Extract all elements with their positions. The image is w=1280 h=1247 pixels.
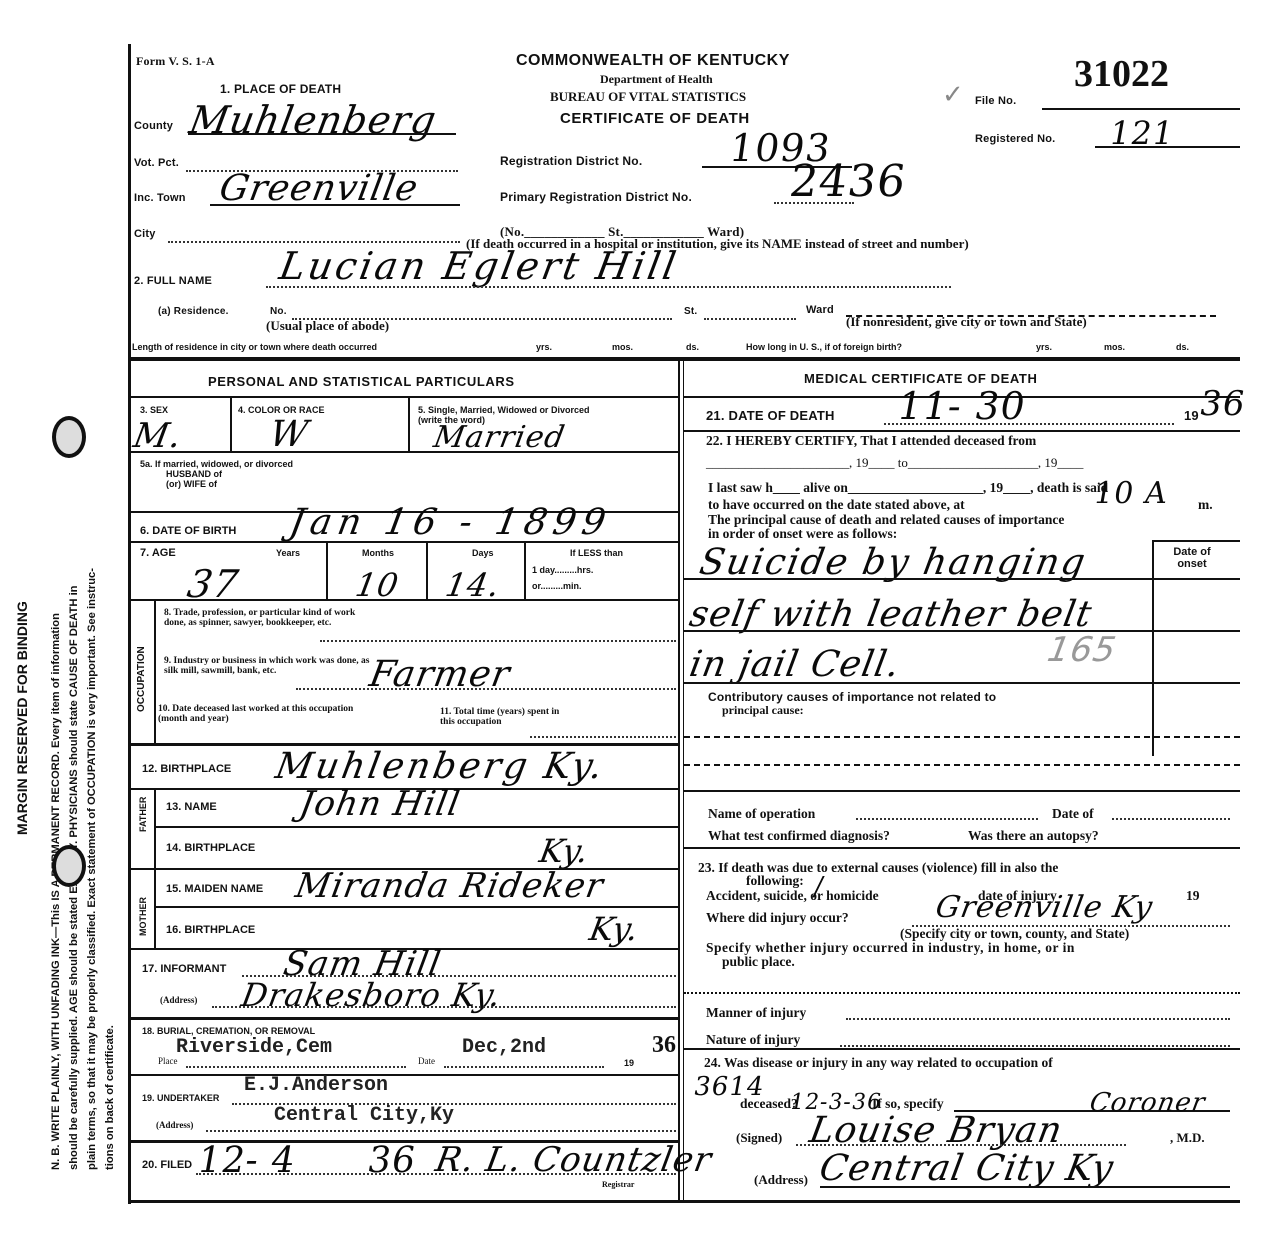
father-birthplace-label: 14. BIRTHPLACE bbox=[166, 843, 255, 853]
physician-address-value: Central City Ky bbox=[816, 1148, 1117, 1189]
undertaker-address-line bbox=[206, 1130, 676, 1132]
operation-date-label: Date of bbox=[1052, 806, 1094, 822]
city-label: City bbox=[134, 228, 156, 240]
residence-label: (a) Residence. bbox=[158, 306, 229, 317]
rule bbox=[130, 599, 678, 601]
place-of-death-heading: 1. PLACE OF DEATH bbox=[220, 82, 341, 96]
bureau-name: BUREAU OF VITAL STATISTICS bbox=[550, 89, 746, 105]
rule bbox=[154, 599, 156, 743]
reg-district-label: Registration District No. bbox=[500, 154, 642, 168]
race-value: W bbox=[266, 414, 311, 455]
burial-place-line bbox=[186, 1066, 406, 1068]
rule bbox=[524, 541, 526, 599]
primary-reg-district-label: Primary Registration District No. bbox=[500, 190, 692, 204]
length-yrs-label: yrs. bbox=[536, 342, 552, 352]
father-name-label: 13. NAME bbox=[166, 802, 217, 812]
abode-note: (Usual place of abode) bbox=[266, 318, 389, 334]
rule bbox=[408, 396, 410, 451]
filed-label: 20. FILED bbox=[142, 1160, 192, 1170]
mother-name-value: Miranda Rideker bbox=[292, 866, 606, 906]
burial-date-value: Dec,2nd bbox=[462, 1036, 546, 1059]
last-saw-line: I last saw h____ alive on_______________… bbox=[708, 480, 1108, 496]
injury-year-prefix: 19 bbox=[1186, 888, 1200, 904]
registered-no-line bbox=[1095, 146, 1240, 148]
operation-label: Name of operation bbox=[708, 806, 815, 822]
rule bbox=[684, 992, 1240, 994]
physician-address-label: (Address) bbox=[754, 1172, 808, 1188]
trade-label: 8. Trade, profession, or particular kind… bbox=[164, 608, 374, 628]
father-birthplace-value: Ky. bbox=[537, 832, 593, 870]
rule bbox=[684, 790, 1240, 792]
occupation-side-label: OCCUPATION bbox=[136, 646, 147, 712]
industry-label: 9. Industry or business in which work wa… bbox=[164, 656, 374, 676]
instruction-line-3: plain terms, so that it may be properly … bbox=[86, 568, 98, 1170]
date-of-death-value: 11- 30 bbox=[894, 384, 1029, 428]
rule bbox=[230, 396, 232, 451]
where-injury-value: Greenville Ky bbox=[933, 890, 1156, 925]
file-number: 31022 bbox=[1074, 52, 1169, 96]
foreign-yrs-label: yrs. bbox=[1036, 342, 1052, 352]
residence-no-label: No. bbox=[270, 306, 287, 317]
father-name-value: John Hill bbox=[296, 784, 463, 824]
mother-side-label: MOTHER bbox=[138, 897, 148, 936]
cause-line-1: Suicide by hanging bbox=[696, 542, 1090, 583]
file-no-line bbox=[1042, 108, 1240, 110]
primary-reg-district-line bbox=[774, 202, 854, 204]
death-year-value: 36 bbox=[1196, 384, 1248, 424]
rule bbox=[684, 736, 1240, 738]
rule bbox=[684, 430, 1240, 432]
manner-injury-label: Manner of injury bbox=[706, 1005, 806, 1021]
personal-heading: PERSONAL AND STATISTICAL PARTICULARS bbox=[208, 374, 515, 389]
rule bbox=[130, 451, 678, 453]
less-than-min: or.........min. bbox=[532, 581, 582, 591]
cause-line-3: in jail Cell. bbox=[686, 644, 903, 685]
full-name-line bbox=[266, 286, 951, 288]
county-value: Muhlenberg bbox=[186, 98, 440, 142]
dob-label: 6. DATE OF BIRTH bbox=[140, 526, 236, 536]
department-name: Department of Health bbox=[600, 72, 713, 87]
residence-st-line bbox=[704, 318, 796, 320]
coroner-note: Coroner bbox=[1087, 1088, 1207, 1118]
form-border-bottom bbox=[128, 1200, 1240, 1203]
rule bbox=[130, 541, 678, 543]
physician-address-line bbox=[820, 1186, 1230, 1188]
full-name-label: 2. FULL NAME bbox=[134, 275, 212, 287]
manner-injury-line bbox=[846, 1018, 1230, 1020]
inc-town-label: Inc. Town bbox=[134, 192, 186, 204]
registrar-label: Registrar bbox=[602, 1180, 634, 1190]
column-divider-inner bbox=[683, 360, 684, 1200]
nonresident-note: (If nonresident, give city or town and S… bbox=[846, 314, 1087, 330]
punch-hole-top bbox=[52, 416, 86, 458]
rule bbox=[130, 1017, 678, 1020]
undertaker-label: 19. UNDERTAKER bbox=[142, 1093, 219, 1103]
inc-town-line bbox=[210, 204, 460, 206]
date-of-death-line bbox=[884, 423, 1174, 425]
binding-margin-note: MARGIN RESERVED FOR BINDING bbox=[14, 601, 30, 835]
foreign-ds-label: ds. bbox=[1176, 342, 1189, 352]
full-name-value: Lucian Eglert Hill bbox=[276, 244, 682, 288]
burial-place-label: Place bbox=[158, 1056, 178, 1066]
length-mos-label: mos. bbox=[612, 342, 633, 352]
residence-ward-label: Ward bbox=[806, 304, 834, 316]
md-label: , M.D. bbox=[1170, 1130, 1205, 1146]
rule bbox=[326, 541, 328, 599]
contributory-label-2: principal cause: bbox=[722, 703, 804, 718]
inc-town-value: Greenville bbox=[216, 168, 421, 209]
father-side-label: FATHER bbox=[138, 797, 148, 832]
less-than-hrs: 1 day.........hrs. bbox=[532, 565, 593, 575]
file-no-label: File No. bbox=[975, 95, 1016, 107]
length-residence-label: Length of residence in city or town wher… bbox=[132, 342, 377, 352]
rule bbox=[1152, 540, 1240, 542]
informant-label: 17. INFORMANT bbox=[142, 964, 226, 974]
spouse-label-2: HUSBAND of bbox=[166, 469, 222, 479]
burial-place-value: Riverside,Cem bbox=[176, 1036, 332, 1059]
cause-line-2: self with leather belt bbox=[686, 594, 1095, 635]
sex-value: M. bbox=[130, 416, 185, 456]
date-of-onset-label: Date of onset bbox=[1162, 546, 1222, 570]
accident-suicide-label: Accident, suicide, or homicide bbox=[706, 888, 879, 904]
sex-label: 3. SEX bbox=[140, 405, 168, 415]
specify-whether-line-2: public place. bbox=[722, 954, 795, 970]
length-ds-label: ds. bbox=[686, 342, 699, 352]
attended-from-to: ______________________, 19____ to_______… bbox=[706, 455, 1083, 471]
operation-line bbox=[856, 818, 1038, 820]
spouse-label-1: 5a. If married, widowed, or divorced bbox=[140, 459, 293, 469]
birthplace-label: 12. BIRTHPLACE bbox=[142, 764, 231, 774]
rule bbox=[684, 1048, 1240, 1050]
residence-st-label: St. bbox=[684, 306, 697, 317]
state-title: COMMONWEALTH OF KENTUCKY bbox=[516, 52, 790, 70]
contributory-label-1: Contributory causes of importance not re… bbox=[708, 690, 996, 704]
punch-hole-bottom bbox=[52, 845, 86, 887]
informant-address-line bbox=[212, 1006, 676, 1008]
primary-reg-district-value: 2436 bbox=[786, 156, 909, 207]
undertaker-value: E.J.Anderson bbox=[244, 1074, 388, 1097]
foreign-mos-label: mos. bbox=[1104, 342, 1125, 352]
instruction-line-1: N. B. WRITE PLAINLY, WITH UNFADING INK—T… bbox=[50, 613, 62, 1170]
rule bbox=[684, 682, 1240, 684]
burial-year-value: 36 bbox=[652, 1032, 676, 1059]
age-years-label: Years bbox=[276, 548, 300, 558]
m-suffix: m. bbox=[1198, 497, 1213, 513]
instruction-line-4: tions on back of certificate. bbox=[104, 1025, 116, 1170]
column-divider bbox=[678, 360, 680, 1200]
form-id: Form V. S. 1-A bbox=[136, 54, 215, 69]
filed-line bbox=[196, 1173, 676, 1175]
rule bbox=[684, 847, 1240, 849]
margin-code-1: 3614 bbox=[691, 1072, 766, 1102]
signed-label: (Signed) bbox=[736, 1130, 782, 1146]
total-time-line bbox=[530, 736, 676, 738]
rule bbox=[154, 906, 678, 908]
industry-line bbox=[296, 688, 676, 690]
informant-address-label: (Address) bbox=[160, 995, 197, 1005]
last-worked-label: 10. Date deceased last worked at this oc… bbox=[158, 704, 368, 724]
rule bbox=[130, 396, 678, 398]
where-injury-label: Where did injury occur? bbox=[706, 910, 849, 926]
county-label: County bbox=[134, 120, 173, 132]
trade-line bbox=[320, 640, 676, 642]
rule bbox=[684, 764, 1240, 766]
date-of-death-label: 21. DATE OF DEATH bbox=[706, 408, 835, 423]
spouse-label-3: (or) WIFE of bbox=[166, 479, 217, 489]
autopsy-label: Was there an autopsy? bbox=[968, 828, 1099, 844]
burial-year-prefix: 19 bbox=[624, 1058, 634, 1068]
occupation-related-label: 24. Was disease or injury in any way rel… bbox=[704, 1055, 1053, 1071]
test-label: What test confirmed diagnosis? bbox=[708, 828, 890, 844]
informant-address-value: Drakesboro Ky. bbox=[239, 976, 505, 1014]
check-mark: ✓ bbox=[942, 80, 964, 110]
section-divider bbox=[128, 357, 1240, 361]
mother-birthplace-value: Ky. bbox=[587, 910, 643, 948]
age-days-label: Days bbox=[472, 548, 494, 558]
rule bbox=[130, 1074, 678, 1076]
occurred-line: to have occurred on the date stated abov… bbox=[708, 497, 965, 513]
burial-date-label: Date bbox=[418, 1056, 435, 1066]
registered-no-label: Registered No. bbox=[975, 133, 1055, 145]
rule bbox=[426, 541, 428, 599]
county-line bbox=[188, 133, 456, 135]
form-border-left bbox=[128, 44, 131, 1204]
undertaker-address-label: (Address) bbox=[156, 1120, 193, 1130]
certificate-title: CERTIFICATE OF DEATH bbox=[560, 110, 750, 127]
undertaker-address-value: Central City,Ky bbox=[274, 1104, 454, 1127]
certify-statement: 22. I HEREBY CERTIFY, That I attended de… bbox=[706, 433, 1036, 449]
birthplace-value: Muhlenberg Ky. bbox=[272, 746, 608, 787]
rule bbox=[684, 578, 1240, 580]
city-line bbox=[168, 241, 460, 243]
nature-injury-label: Nature of injury bbox=[706, 1032, 800, 1048]
age-months-label: Months bbox=[362, 548, 394, 558]
principal-cause-line-2: in order of onset were as follows: bbox=[708, 526, 897, 542]
nature-injury-line bbox=[840, 1045, 1230, 1047]
signed-line bbox=[796, 1144, 1126, 1146]
rule bbox=[1152, 540, 1154, 756]
rule bbox=[684, 630, 1240, 632]
burial-date-line bbox=[444, 1066, 604, 1068]
mother-birthplace-label: 16. BIRTHPLACE bbox=[166, 925, 255, 935]
total-time-label: 11. Total time (years) spent in this occ… bbox=[440, 707, 560, 727]
dob-value: Jan 16 - 1899 bbox=[286, 502, 614, 543]
vot-pct-label: Vot. Pct. bbox=[134, 157, 179, 169]
less-than-label: If LESS than bbox=[570, 548, 623, 558]
burial-label: 18. BURIAL, CREMATION, OR REMOVAL bbox=[142, 1026, 315, 1036]
rule bbox=[154, 826, 678, 828]
pencil-code: 165 bbox=[1044, 630, 1119, 670]
time-of-death-value: 10 A bbox=[1091, 476, 1171, 511]
marital-value: Married bbox=[431, 420, 568, 455]
age-label: 7. AGE bbox=[140, 548, 176, 558]
external-causes-label-2: following: bbox=[746, 873, 804, 889]
foreign-birth-label: How long in U. S., if of foreign birth? bbox=[746, 342, 902, 352]
mother-name-label: 15. MAIDEN NAME bbox=[166, 884, 263, 894]
operation-date-line bbox=[1112, 818, 1230, 820]
